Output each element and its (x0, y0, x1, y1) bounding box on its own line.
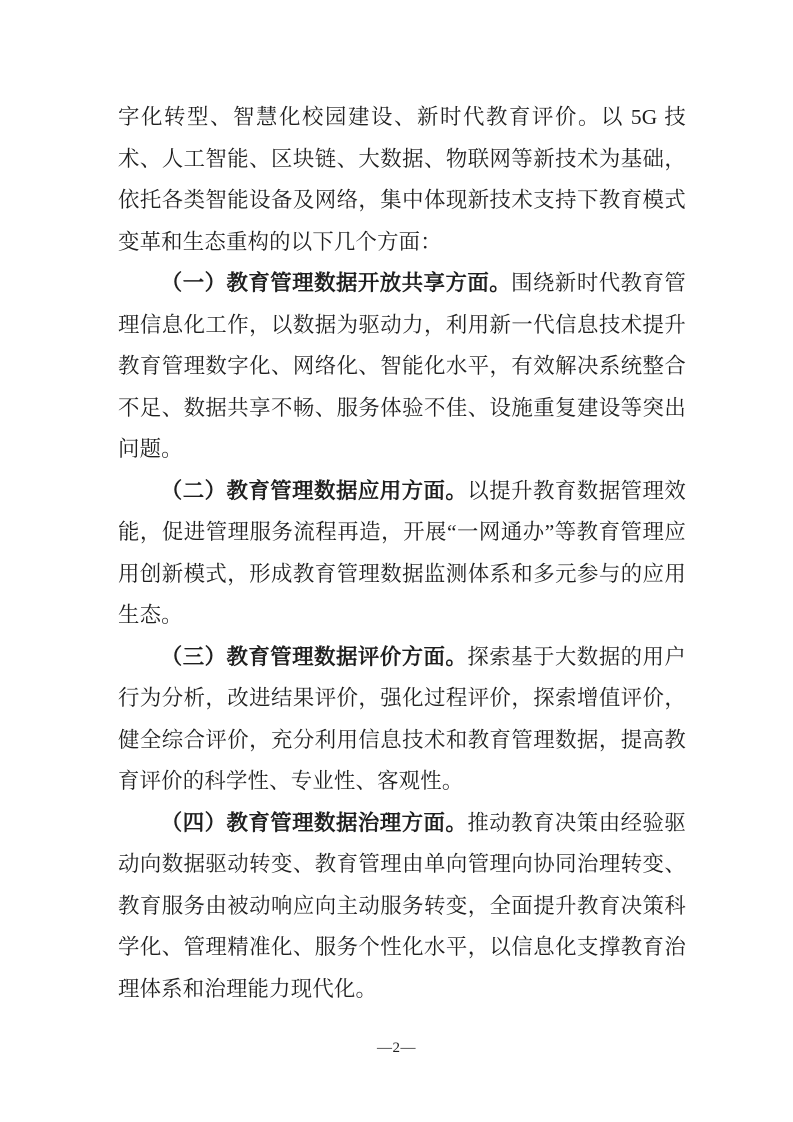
paragraph-lead: （二）教育管理数据应用方面。 (161, 479, 468, 503)
paragraph-text: 围绕新时代教育管理信息化工作，以数据为驱动力，利用新一代信息技术提升教育管理数字… (118, 271, 686, 461)
document-body: 字化转型、智慧化校园建设、新时代教育评价。以 5G 技术、人工智能、区块链、大数… (118, 97, 686, 1010)
paragraph-lead: （一）教育管理数据开放共享方面。 (161, 271, 511, 295)
document-page: 字化转型、智慧化校园建设、新时代教育评价。以 5G 技术、人工智能、区块链、大数… (0, 0, 793, 1122)
page-number: —2— (0, 1038, 793, 1058)
paragraph-item-4: （四）教育管理数据治理方面。推动教育决策由经验驱动向数据驱动转变、教育管理由单向… (118, 803, 686, 1011)
paragraph-lead: （三）教育管理数据评价方面。 (161, 645, 468, 669)
paragraph-item-3: （三）教育管理数据评价方面。探索基于大数据的用户行为分析，改进结果评价，强化过程… (118, 637, 686, 803)
paragraph-text: 推动教育决策由经验驱动向数据驱动转变、教育管理由单向管理向协同治理转变、教育服务… (118, 811, 686, 1001)
paragraph-continuation: 字化转型、智慧化校园建设、新时代教育评价。以 5G 技术、人工智能、区块链、大数… (118, 97, 686, 263)
paragraph-item-1: （一）教育管理数据开放共享方面。围绕新时代教育管理信息化工作，以数据为驱动力，利… (118, 263, 686, 471)
paragraph-text: 字化转型、智慧化校园建设、新时代教育评价。以 5G 技术、人工智能、区块链、大数… (118, 105, 686, 254)
paragraph-item-2: （二）教育管理数据应用方面。以提升教育数据管理效能，促进管理服务流程再造，开展“… (118, 471, 686, 637)
paragraph-lead: （四）教育管理数据治理方面。 (161, 811, 468, 835)
